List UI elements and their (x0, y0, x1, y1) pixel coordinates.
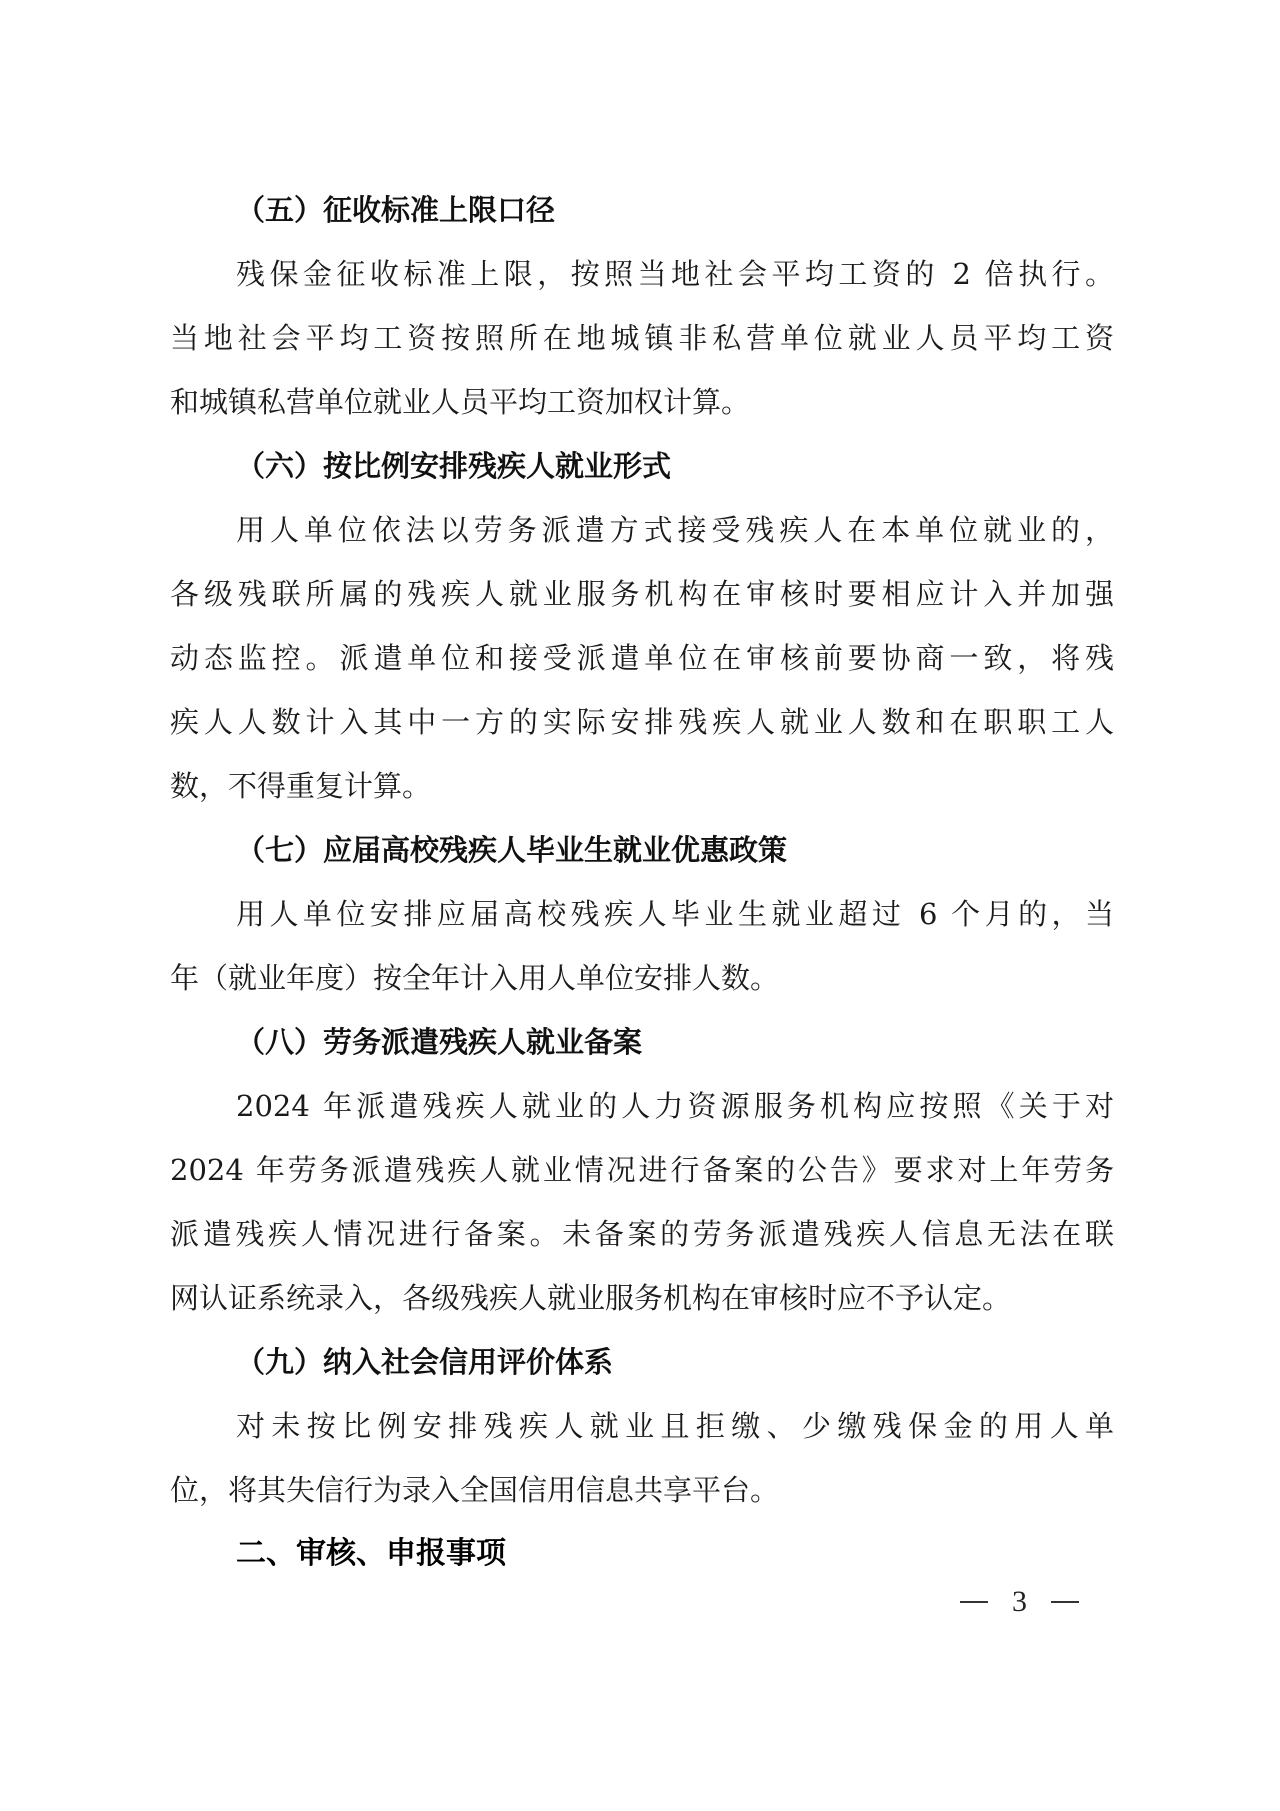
paragraph-line: 2024 年劳务派遣残疾人就业情况进行备案的公告》要求对上年劳务 (170, 1138, 1114, 1202)
paragraph-line: 位，将其失信行为录入全国信用信息共享平台。 (170, 1458, 1114, 1522)
paragraph-line: 用人单位安排应届高校残疾人毕业生就业超过 6 个月的，当 (170, 882, 1114, 946)
paragraph-line: 当地社会平均工资按照所在地城镇非私营单位就业人员平均工资 (170, 306, 1114, 370)
paragraph-line: 各级残联所属的残疾人就业服务机构在审核时要相应计入并加强 (170, 562, 1114, 626)
paragraph-line: 疾人人数计入其中一方的实际安排残疾人就业人数和在职职工人 (170, 690, 1114, 754)
paragraph-line: 数，不得重复计算。 (170, 754, 1114, 818)
paragraph-line: 和城镇私营单位就业人员平均工资加权计算。 (170, 370, 1114, 434)
paragraph-line: 网认证系统录入，各级残疾人就业服务机构在审核时应不予认定。 (170, 1266, 1114, 1330)
subsection-heading-6: （六）按比例安排残疾人就业形式 (170, 434, 1114, 498)
dash-right (1051, 1601, 1079, 1603)
page-number-value: 3 (1012, 1585, 1027, 1619)
document-body: （五）征收标准上限口径 残保金征收标准上限，按照当地社会平均工资的 2 倍执行。… (170, 178, 1114, 1586)
subsection-heading-7: （七）应届高校残疾人毕业生就业优惠政策 (170, 818, 1114, 882)
subsection-heading-9: （九）纳入社会信用评价体系 (170, 1330, 1114, 1394)
paragraph-line: 年（就业年度）按全年计入用人单位安排人数。 (170, 946, 1114, 1010)
paragraph-line: 2024 年派遣残疾人就业的人力资源服务机构应按照《关于对 (170, 1074, 1114, 1138)
paragraph-line: 动态监控。派遣单位和接受派遣单位在审核前要协商一致，将残 (170, 626, 1114, 690)
subsection-heading-5: （五）征收标准上限口径 (170, 178, 1114, 242)
paragraph-line: 对未按比例安排残疾人就业且拒缴、少缴残保金的用人单 (170, 1394, 1114, 1458)
section-heading-2: 二、审核、申报事项 (170, 1522, 1114, 1586)
subsection-heading-8: （八）劳务派遣残疾人就业备案 (170, 1010, 1114, 1074)
page-number: 3 (960, 1585, 1079, 1619)
paragraph-line: 用人单位依法以劳务派遣方式接受残疾人在本单位就业的， (170, 498, 1114, 562)
document-page: （五）征收标准上限口径 残保金征收标准上限，按照当地社会平均工资的 2 倍执行。… (0, 0, 1280, 1811)
dash-left (960, 1601, 988, 1603)
paragraph-line: 派遣残疾人情况进行备案。未备案的劳务派遣残疾人信息无法在联 (170, 1202, 1114, 1266)
paragraph-line: 残保金征收标准上限，按照当地社会平均工资的 2 倍执行。 (170, 242, 1114, 306)
